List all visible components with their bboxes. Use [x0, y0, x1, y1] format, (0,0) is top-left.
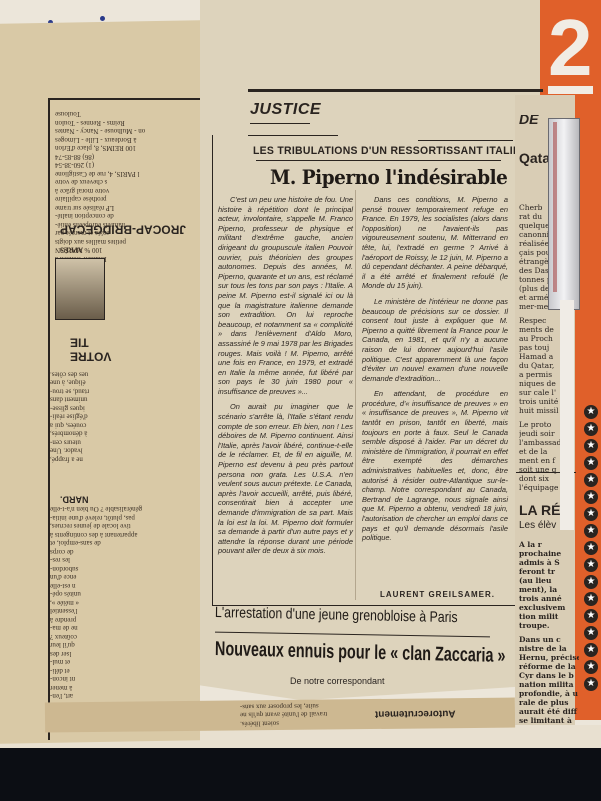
text-line: qu'il leur [50, 641, 200, 650]
star-icon: ★ [584, 507, 598, 521]
text-line: admis à S [519, 558, 579, 567]
portrait-photo [55, 258, 105, 320]
text-line: nation milita [519, 680, 579, 689]
text-line: nt incon- [50, 675, 200, 684]
text-line: prochaine [519, 549, 579, 558]
section-title: JUSTICE [250, 101, 321, 119]
text-line: et mul- [50, 658, 200, 667]
text-line: et déli- [50, 667, 200, 676]
section-underline [250, 123, 310, 124]
text-line: de sans-emploi, et [50, 539, 200, 548]
star-icon: ★ [584, 609, 598, 623]
star-icon: ★ [584, 439, 598, 453]
text-line: les res- [50, 556, 200, 565]
text-line: aurait été diff [519, 707, 579, 716]
dark-background [0, 748, 601, 801]
text-line: l'essentiel [50, 607, 200, 616]
star-icon: ★ [584, 473, 598, 487]
poster-big-number: 2 [548, 8, 593, 88]
heading-fragment-votre: VOTRE [70, 352, 120, 361]
article-column-2: Dans ces conditions, M. Piperno a pensé … [362, 195, 508, 549]
photo-caption: APRÈS [60, 245, 120, 254]
article-column-1: C'est un peu une histoire de fou. Une hi… [218, 195, 353, 562]
star-icon: ★ [584, 592, 598, 606]
star-icon: ★ [584, 626, 598, 640]
star-icon: ★ [584, 541, 598, 555]
star-icon: ★ [584, 643, 598, 657]
paragraph: En attendant, de procédure en procédure,… [362, 389, 508, 543]
text-line: pas, plutôt, relevé d'une initia- [50, 514, 200, 523]
text-line: généralisable ? Ou bien n'a-t-elle [50, 505, 200, 514]
bottom-upside-text: soient libérés. travail de l'unité avant… [240, 701, 370, 728]
star-icon: ★ [584, 405, 598, 419]
signature-fragment: NARD. [60, 495, 110, 504]
paragraph: C'est un peu une histoire de fou. Une hi… [218, 195, 353, 396]
text-line: rale de plus [519, 698, 579, 707]
text-line: (au lieu [519, 576, 579, 585]
star-icon: ★ [584, 524, 598, 538]
text-line: A la r [519, 540, 579, 549]
article-headline: M. Piperno l'indésirable [270, 165, 507, 189]
text-line: troupe. [519, 621, 579, 630]
text-line: tive locale de jeunes recrues, [50, 522, 200, 531]
star-icon: ★ [584, 422, 598, 436]
paragraph: On aurait pu imaginer que le scénario s'… [218, 402, 353, 556]
text-line: à mener [50, 684, 200, 693]
star-icon: ★ [584, 677, 598, 691]
star-icon: ★ [584, 558, 598, 572]
white-paper-tab [560, 300, 574, 530]
text-line: ment), la [519, 585, 579, 594]
text-line: trois anné [519, 594, 579, 603]
page-top-rule [248, 89, 543, 92]
text-line: art, l'en- [50, 692, 200, 701]
star-icon: ★ [584, 575, 598, 589]
text-line: tion milit [519, 612, 579, 621]
poster-bar [548, 86, 593, 94]
bottom-upside-heading: Autorecrutement [375, 708, 485, 718]
second-article-subline: De notre correspondant [290, 676, 385, 686]
text-line: n est-elle [50, 582, 200, 591]
upside-paragraph-1: ne a frappé, lvador. Une uteurs cen- à d… [50, 370, 110, 464]
text-line: de corps [50, 548, 200, 557]
text-line: nistre de la [519, 644, 579, 653]
silver-label-stripe [553, 122, 557, 292]
text-line: prendre à [50, 616, 200, 625]
article-kicker: LES TRIBULATIONS D'UN RESSORTISSANT ITAL… [253, 145, 528, 157]
text-line: feront tr [519, 567, 579, 576]
text-line: lser des [50, 650, 200, 659]
text-line: Cyr dans le b [519, 671, 579, 680]
text-line: appartenant à des contingents à [50, 531, 200, 540]
column-divider [355, 190, 356, 600]
paragraph: Le ministère de l'intérieur ne donne pas… [362, 297, 508, 383]
text-line: unités opé- [50, 590, 200, 599]
paragraph: Dans ces conditions, M. Piperno a pensé … [362, 195, 508, 291]
byline: LAURENT GREILSAMER. [380, 590, 495, 599]
ad-address-block: l PARIS, 4, rue de Castiglione (1) 260-3… [55, 110, 185, 178]
text-line: profondie, à u [519, 689, 579, 698]
star-icon: ★ [584, 456, 598, 470]
text-line: se limitant à [519, 716, 579, 725]
text-line: subordon- [50, 565, 200, 574]
star-column: ★★★★★★★★★★★★★★★★★ [584, 405, 601, 694]
text-line: ne de ma- [50, 624, 200, 633]
text-line: Dans un c [519, 635, 579, 644]
star-icon: ★ [584, 660, 598, 674]
upside-paragraph-2: adrementart, l'en-à menernt incon-et dél… [50, 505, 200, 709]
bottom-clipping: soient libérés. travail de l'unité avant… [45, 698, 515, 733]
text-line: « méiée », [50, 599, 200, 608]
heading-fragment-tie: TIE [70, 338, 120, 347]
text-line: ence d'un [50, 573, 200, 582]
text-line: exclusivem [519, 603, 579, 612]
text-line: coûteux ? [50, 633, 200, 642]
text-line: réforme de la [519, 662, 579, 671]
kicker-underline [256, 160, 501, 161]
star-icon: ★ [584, 490, 598, 504]
text-line: Hernu, précise [519, 653, 579, 662]
